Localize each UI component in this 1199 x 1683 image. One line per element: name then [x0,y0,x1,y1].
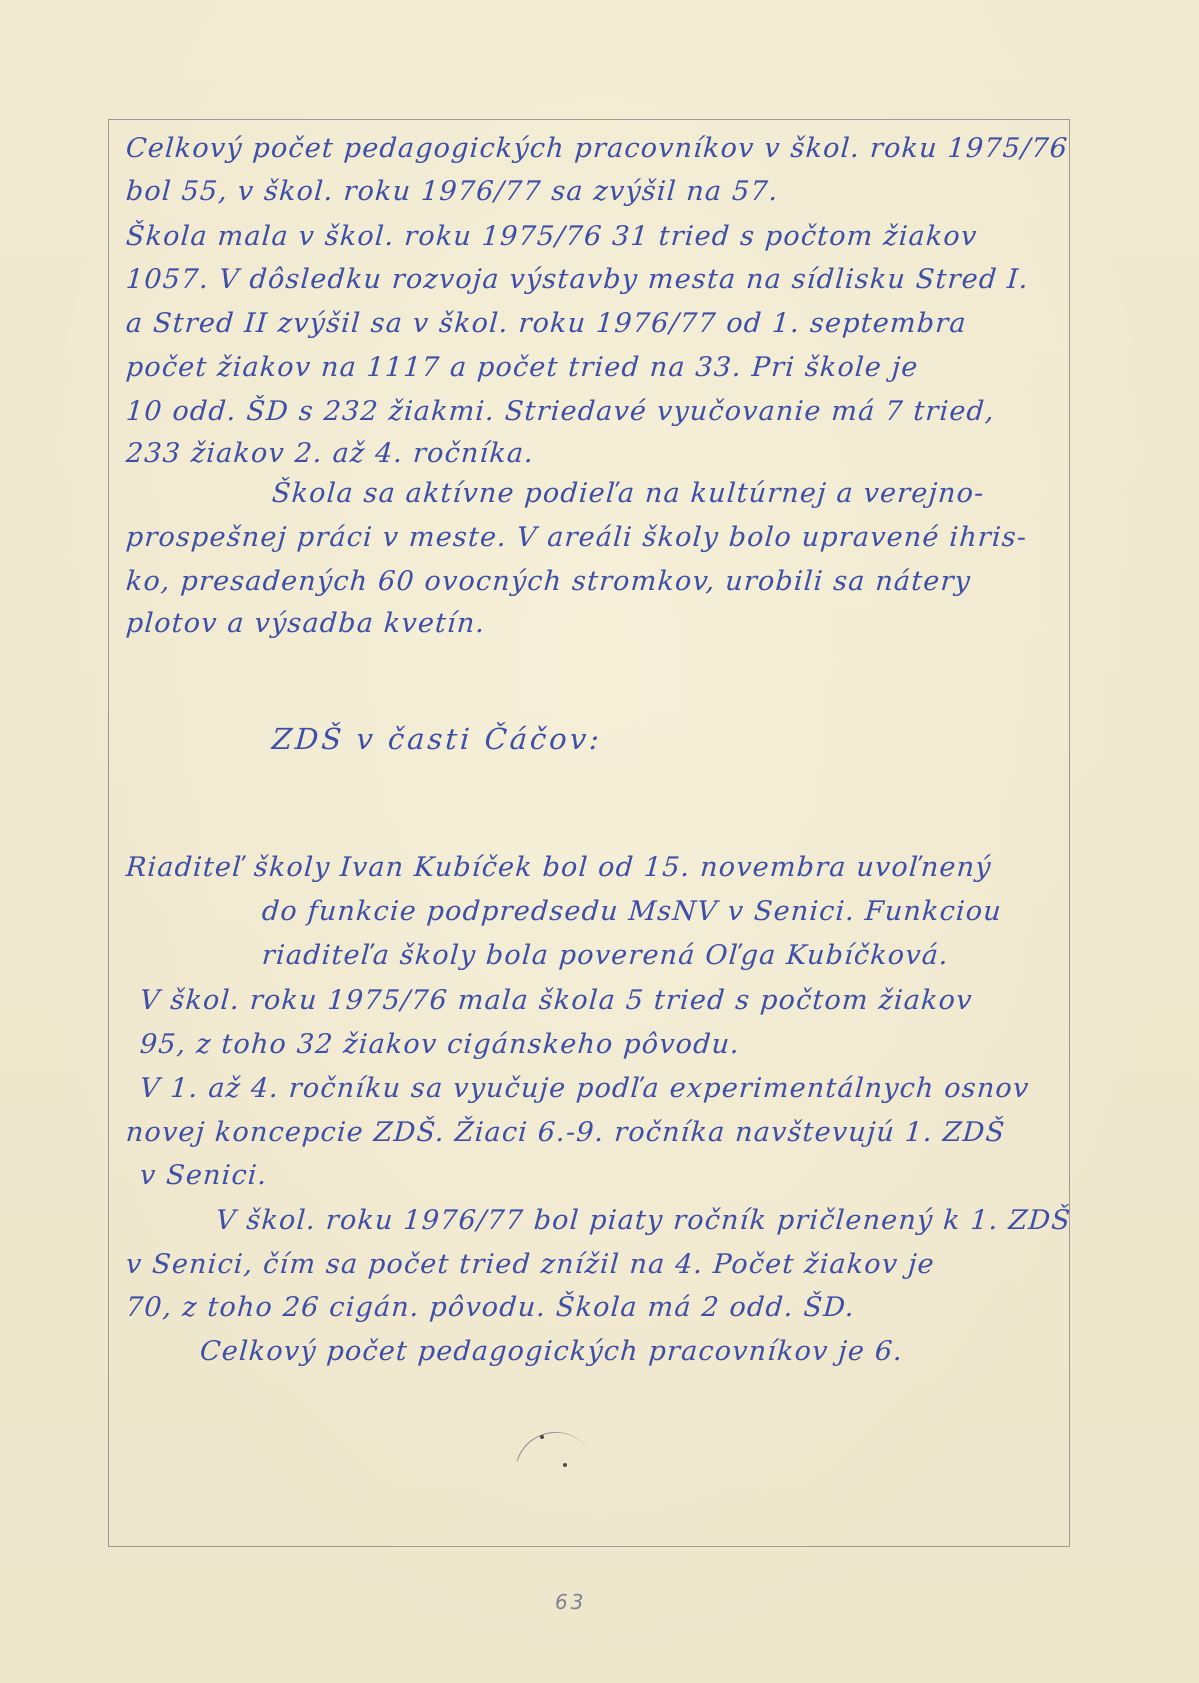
text-line: počet žiakov na 1117 a počet tried na 33… [125,352,920,383]
text-line: 10 odd. ŠD s 232 žiakmi. Striedavé vyučo… [125,396,996,427]
text-line: novej koncepcie ZDŠ. Žiaci 6.-9. ročníka… [125,1117,1006,1148]
notebook-page: Celkový počet pedagogických pracovníkov … [0,0,1199,1683]
text-line: do funkcie podpredsedu MsNV v Senici. Fu… [261,896,1003,927]
text-line: V škol. roku 1975/76 mala škola 5 tried … [139,985,974,1016]
text-line: 95, z toho 32 žiakov cigánskeho pôvodu. [139,1029,741,1060]
text-line: ko, presadených 60 ovocných stromkov, ur… [125,566,972,597]
text-line: V 1. až 4. ročníku sa vyučuje podľa expe… [139,1073,1031,1104]
text-line: 70, z toho 26 cigán. pôvodu. Škola má 2 … [125,1292,856,1323]
pencil-dot [563,1463,567,1467]
text-line: prospešnej práci v meste. V areáli školy… [125,522,1028,553]
text-line: Celkový počet pedagogických pracovníkov … [125,133,1069,164]
text-line: Celkový počet pedagogických pracovníkov … [199,1336,904,1367]
text-line: Škola mala v škol. roku 1975/76 31 tried… [125,221,979,252]
text-line: v Senici, čím sa počet tried znížil na 4… [125,1249,936,1280]
section-heading: ZDŠ v časti Čáčov: [271,722,603,756]
text-line: a Stred II zvýšil sa v škol. roku 1976/7… [125,308,968,339]
text-line: Škola sa aktívne podieľa na kultúrnej a … [271,478,986,509]
page-number: 63 [555,1590,586,1614]
text-line: v Senici. [139,1160,269,1191]
text-line: 233 žiakov 2. až 4. ročníka. [125,438,535,469]
text-line: riaditeľa školy bola poverená Oľga Kubíč… [261,940,950,971]
text-line: V škol. roku 1976/77 bol piaty ročník pr… [215,1205,1072,1236]
text-line: Riaditeľ školy Ivan Kubíček bol od 15. n… [125,852,993,883]
text-line: plotov a výsadba kvetín. [125,608,487,639]
text-line: bol 55, v škol. roku 1976/77 sa zvýšil n… [125,176,780,207]
text-line: 1057. V dôsledku rozvoja výstavby mesta … [125,264,1030,295]
pencil-dot [540,1435,544,1439]
